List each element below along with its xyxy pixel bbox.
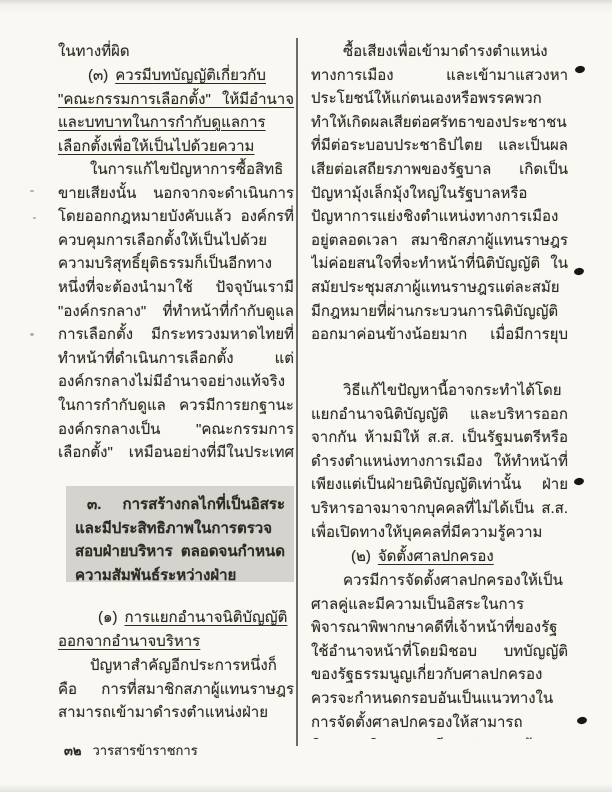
heading-text: จัดตั้งศาลปกครอง [378,548,494,565]
continuation-text: ในทางที่ผิด [58,40,294,64]
highlight-box: ๓. การสร้างกลไกที่เป็นอิสระและมีประสิทธิ… [66,486,294,582]
scan-artifact-speck [30,333,34,336]
paragraph: ในการแก้ไขปัญหาการซื้อสิทธิขายเสียงนั้น … [58,158,294,464]
heading-item-2: (๒)จัดตั้งศาลปกครอง [311,545,568,569]
page-number: ๓๒ [64,743,81,758]
page-footer: ๓๒วารสารข้าราชการ [64,743,198,759]
left-column: ในทางที่ผิด (๓)ควรมีบทบัญญัติเกี่ยวกับ "… [58,40,294,726]
scan-artifact-dot [573,477,584,486]
journal-name: วารสารข้าราชการ [92,743,197,758]
heading-marker: (๒) [351,548,371,565]
scan-artifact-dot [573,267,584,276]
column-divider-rule [296,38,298,746]
heading-text: การแยกอำนาจนิติบัญญัติออกจากอำนาจบริหาร [58,609,287,650]
scan-artifact-speck [33,217,36,219]
right-column: ซื้อเสียงเพื่อเข้ามาดำรงตำแหน่งทางการเมื… [311,40,568,739]
heading-marker: (๑) [98,609,118,626]
paragraph: ซื้อเสียงเพื่อเข้ามาดำรงตำแหน่งทางการเมื… [311,40,568,346]
paragraph: วิธีแก้ไขปัญหานี้อาจกระทำได้โดยแยกอำนาจน… [311,379,568,545]
heading-item-3: (๓)ควรมีบทบัญญัติเกี่ยวกับ "คณะกรรมการเล… [58,64,294,158]
scan-artifact-speck [30,190,34,192]
scan-artifact-dot [574,65,585,74]
paragraph: ปัญหาสำคัญอีกประการหนึ่งก็คือ การที่สมาช… [58,654,294,726]
heading-marker: (๓) [88,67,108,84]
paragraph: ควรมีการจัดตั้งศาลปกครองให้เป็นศาลคู่และ… [311,569,568,739]
scan-artifact-dot [576,716,587,725]
heading-item-1: (๑)การแยกอำนาจนิติบัญญัติออกจากอำนาจบริห… [58,606,294,654]
scanned-document-page: ในทางที่ผิด (๓)ควรมีบทบัญญัติเกี่ยวกับ "… [0,0,612,792]
